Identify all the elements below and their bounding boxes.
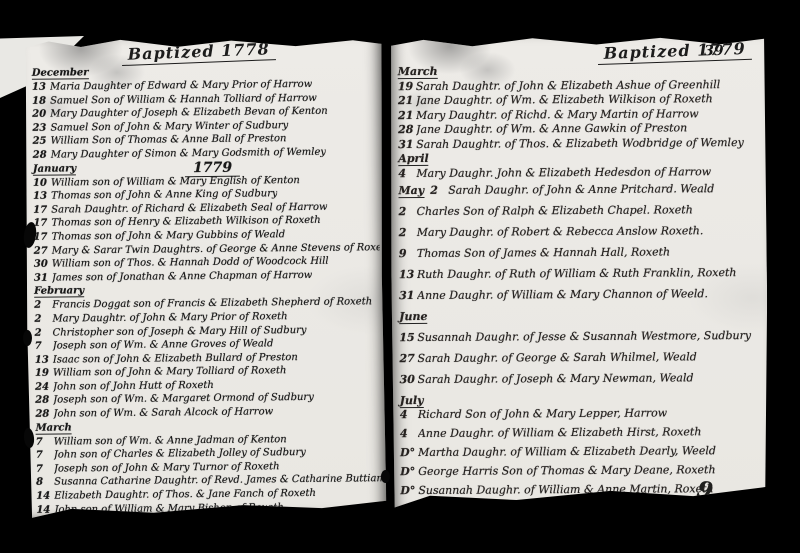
entry-text: William Son of Thomas & Anne Ball of Pre…: [51, 134, 287, 147]
entry-text: Joseph son of John & Mary Turnor of Roxe…: [54, 461, 280, 474]
entry-day: 2: [34, 314, 52, 325]
register-entry: 31Anne Daughr. of William & Mary Channon…: [399, 287, 763, 310]
entry-text: Sarah Daughtr. of Richard & Elizabeth Se…: [51, 201, 327, 215]
entry-day: 19: [35, 368, 53, 379]
entry-text: Mary Daughr. of Robert & Rebecca Anslow …: [417, 224, 704, 239]
register-entry: 27Sarah Daughr. of George & Sarah Whilme…: [399, 350, 763, 373]
entry-text: Anne Daughr. of William & Mary Channon o…: [417, 287, 708, 302]
entry-day: 19: [398, 79, 416, 92]
entry-day: 21: [398, 108, 416, 121]
entry-day: 13: [32, 82, 50, 93]
register-entry: D°Martha Daughr. of William & Elizabeth …: [400, 444, 764, 465]
entry-day: 31: [398, 137, 416, 150]
entry-day: 28: [35, 409, 53, 420]
entry-text: Sarah Daughr. of Joseph & Mary Newman, W…: [418, 371, 694, 386]
page-number: 39: [704, 43, 724, 59]
entry-text: Mary Daughtr. of Richd. & Mary Martin of…: [416, 107, 699, 122]
entry-day: 24: [35, 381, 53, 392]
entry-text: Isaac son of John & Elizabeth Bullard of…: [53, 352, 298, 366]
entry-text: Maria Daughter of Edward & Mary Prior of…: [50, 79, 312, 93]
entry-day: 2: [430, 184, 448, 197]
entry-day: D°: [400, 446, 418, 459]
entry-text: William son of John & Mary Tolliard of R…: [53, 365, 287, 378]
entry-text: Ruth Daughr. of Ruth of William & Ruth F…: [417, 266, 737, 281]
page-header-right: Baptized 1779 39: [390, 35, 766, 63]
entry-day: 27: [399, 352, 417, 365]
entry-day: D°: [400, 503, 418, 516]
entry-text: John son of Wm. & Sarah Alcock of Harrow: [53, 406, 273, 419]
entry-text: William son of William & Mary English of…: [51, 175, 300, 189]
entry-day: 14: [36, 491, 54, 502]
entry-day: 2: [35, 327, 53, 338]
entry-day: 7: [36, 436, 54, 447]
register-entry: D°George Son of George & Elizabeth Davis…: [400, 501, 764, 522]
entry-day: 7: [35, 341, 53, 352]
entry-text: Richard Son of John & Mary Lepper, Harro…: [418, 406, 667, 421]
entry-day: 13: [399, 268, 417, 281]
entry-day: D°: [400, 465, 418, 478]
entry-text: Jane Daughtr. of Wm. & Elizabeth Wilkiso…: [416, 92, 713, 107]
entry-day: 14: [36, 504, 54, 515]
register-page-right: Baptized 1779 39 March19Sarah Daughtr. o…: [390, 35, 769, 515]
entry-day: 8: [36, 477, 54, 488]
register-entry: 2Charles Son of Ralph & Elizabeth Chapel…: [399, 203, 763, 226]
entry-text: Thomas son of John & Mary Gubbins of Wea…: [52, 229, 286, 242]
entry-text: Sarah Daughtr. of Thos. & Elizabeth Wodb…: [416, 135, 744, 150]
entry-text: William son of Wm. & Anne Jadman of Kent…: [54, 434, 287, 447]
register-entry: 4Mary Daughr. John & Elizabeth Hedesdon …: [398, 165, 762, 184]
entry-day: 17: [33, 204, 51, 215]
entry-text: John son of Charles & Elizabeth Jolley o…: [54, 447, 306, 461]
entry-day: 2: [34, 300, 52, 311]
entry-text: Mary Daughtr. of John & Mary Prior of Ro…: [52, 311, 287, 324]
entry-day: 7: [36, 450, 54, 461]
entry-text: Thomas Son of James & Hannah Hall, Roxet…: [417, 245, 670, 260]
entry-day: 31: [399, 289, 417, 302]
entry-text: Elizabeth Daughtr. of Thos. & Jane Fanch…: [54, 488, 316, 502]
entry-text: Charles Son of Ralph & Elizabeth Chapel.…: [417, 203, 693, 218]
month-heading: June: [399, 308, 763, 331]
entry-day: 10: [33, 177, 51, 188]
entry-text: John son of William & Mary Bishop of Rox…: [54, 502, 283, 515]
page-title-1779: Baptized 1779: [597, 39, 752, 65]
register-entries-right: March19Sarah Daughtr. of John & Elizabet…: [390, 61, 769, 522]
entry-day: 2: [399, 205, 417, 218]
entry-text: Samuel Son of William & Hannah Tolliard …: [50, 92, 317, 106]
entry-day: 30: [400, 373, 418, 386]
entry-text: Joseph son of Wm. & Margaret Ormond of S…: [53, 392, 314, 406]
year-heading: 1779: [185, 159, 240, 177]
entry-text: Sarah Daughtr. of John & Elizabeth Ashue…: [416, 78, 721, 93]
entry-text: Mary Daughr. John & Elizabeth Hedesdon o…: [416, 165, 711, 180]
entry-day: 18: [32, 95, 50, 106]
entry-day: 21: [398, 94, 416, 107]
entry-text: Sarah Daughr. of George & Sarah Whilmel,…: [417, 350, 696, 365]
register-entry: 13Ruth Daughr. of Ruth of William & Ruth…: [399, 266, 763, 289]
entry-day: 4: [400, 408, 418, 421]
entry-text: Christopher son of Joseph & Mary Hill of…: [53, 324, 307, 338]
entry-text: Mary Daughter of Joseph & Elizabeth Beva…: [50, 106, 327, 120]
register-entries-left: December13Maria Daughter of Edward & Mar…: [24, 62, 387, 518]
entry-day: 28: [398, 123, 416, 136]
entry-text: Sarah Daughr. of John & Anne Pritchard. …: [448, 182, 714, 197]
entry-day: 15: [399, 331, 417, 344]
entry-day: 30: [34, 259, 52, 270]
register-entry: May2Sarah Daughr. of John & Anne Pritcha…: [398, 182, 762, 205]
book-scan: Baptized 1778 December13Maria Daughter o…: [0, 0, 800, 553]
ink-blot: [23, 330, 32, 346]
entry-text: Martha Daughr. of William & Elizabeth De…: [418, 444, 716, 459]
entry-day: 13: [35, 354, 53, 365]
entry-text: Susanna Catharine Daughtr. of Revd. Jame…: [54, 474, 382, 488]
register-entry: 14John son of William & Mary Bishop of R…: [36, 501, 382, 518]
entry-day: 4: [398, 167, 416, 180]
entry-day: 9: [399, 247, 417, 260]
entry-day: 31: [34, 272, 52, 283]
entry-text: Thomas son of John & Anne King of Sudbur…: [51, 188, 278, 201]
entry-text: Francis Doggat son of Francis & Elizabet…: [52, 297, 372, 311]
register-entry: 2Mary Daughr. of Robert & Rebecca Anslow…: [399, 224, 763, 247]
register-entry: 15Susannah Daughr. of Jesse & Susannah W…: [399, 329, 763, 352]
entry-day: 4: [400, 427, 418, 440]
month-heading: May: [398, 184, 424, 198]
entry-text: John son of John Hutt of Roxeth: [53, 380, 214, 393]
entry-day: 28: [35, 395, 53, 406]
entry-text: Mary Daughter of Simon & Mary Godsmith o…: [51, 147, 326, 161]
entry-day: D°: [400, 484, 418, 497]
entry-text: Susannah Daughr. of Jesse & Susannah Wes…: [417, 329, 751, 344]
entry-text: Anne Daughr. of William & Elizabeth Hirs…: [418, 425, 701, 440]
entry-day: 2: [399, 226, 417, 239]
entry-text: Joseph son of Wm. & Anne Groves of Weald: [53, 338, 274, 351]
entry-day: 27: [34, 245, 52, 256]
entry-text: Susannah Daughr. of William & Anne Marti…: [418, 482, 713, 497]
register-page-left: Baptized 1778 December13Maria Daughter o…: [23, 36, 386, 520]
entry-day: 23: [32, 122, 50, 133]
entry-text: George Son of George & Elizabeth Davis, …: [418, 501, 704, 516]
entry-text: Samuel Son of John & Mary Winter of Sudb…: [50, 120, 288, 133]
register-entry: 4Richard Son of John & Mary Lepper, Harr…: [400, 406, 764, 427]
register-entry: 4Anne Daughr. of William & Elizabeth Hir…: [400, 425, 764, 446]
entry-text: James son of Jonathan & Anne Chapman of …: [52, 270, 312, 284]
entry-day: 13: [33, 191, 51, 202]
entry-text: Jane Daughtr. of Wm. & Anne Gawkin of Pr…: [416, 121, 687, 136]
entry-day: 20: [32, 109, 50, 120]
entry-day: 25: [33, 136, 51, 147]
ink-blot: [381, 470, 390, 483]
entry-text: Thomas son of Henry & Elizabeth Wilkison…: [51, 215, 320, 229]
register-entry: 9Thomas Son of James & Hannah Hall, Roxe…: [399, 245, 763, 268]
entry-text: William son of Thos. & Hannah Dodd of Wo…: [52, 256, 329, 270]
entry-text: Mary & Sarar Twin Daughtrs. of George & …: [52, 242, 380, 256]
entry-day: 7: [36, 463, 54, 474]
entry-text: George Harris Son of Thomas & Mary Deane…: [418, 463, 715, 478]
page-title-1778: Baptized 1778: [121, 39, 276, 66]
register-entry: 30Sarah Daughr. of Joseph & Mary Newman,…: [400, 371, 764, 394]
entry-day: 28: [33, 150, 51, 161]
